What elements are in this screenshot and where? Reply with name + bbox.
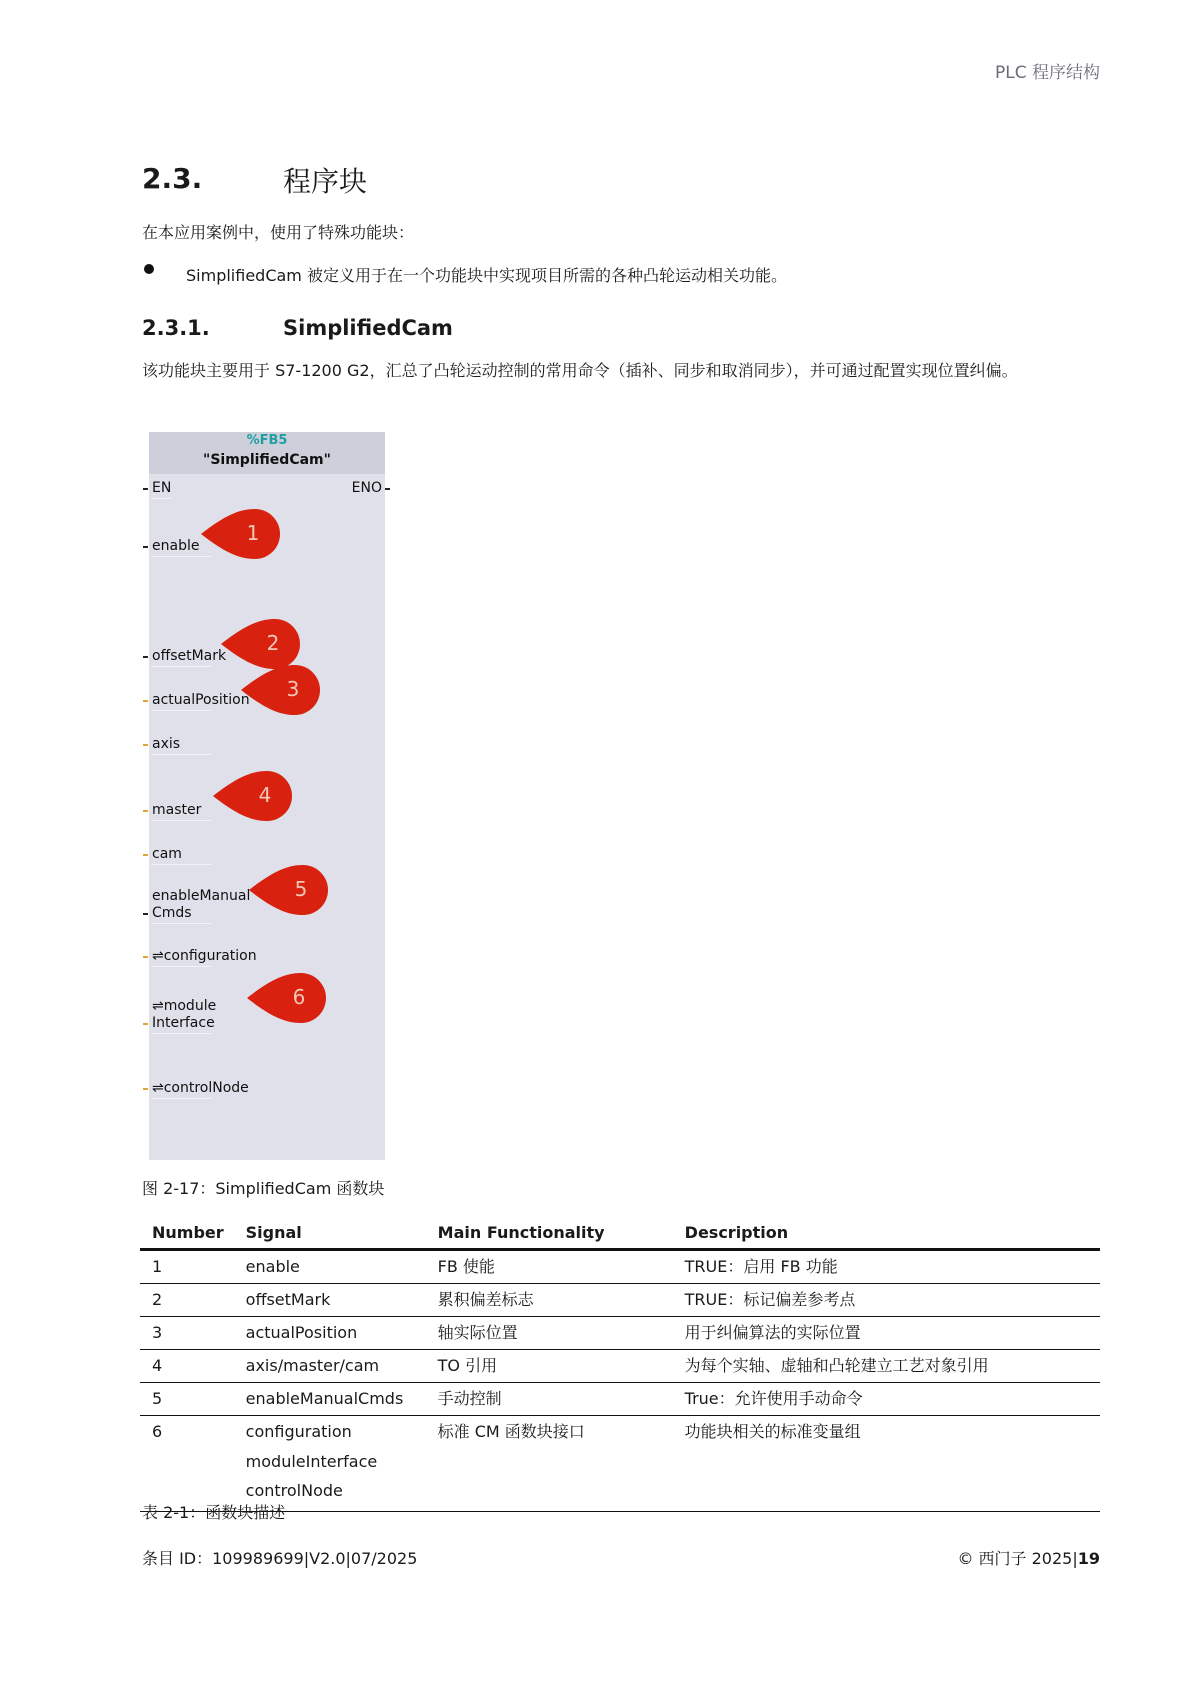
pin-connector [143, 744, 148, 746]
teardrop-marker-icon [247, 864, 329, 916]
cell-description: TRUE：启用 FB 功能 [673, 1250, 1100, 1284]
callout-marker-5: 5 [247, 864, 329, 916]
figure-caption: 图 2-17：SimplifiedCam 函数块 [142, 1176, 384, 1199]
cell-description: True：允许使用手动命令 [673, 1383, 1100, 1416]
pin-label: actualPosition [152, 692, 250, 709]
callout-marker-1: 1 [199, 508, 281, 560]
pin-master: master [152, 802, 201, 819]
pin-underline [151, 754, 211, 755]
pin-connector [143, 1023, 148, 1025]
cell-main-functionality: 轴实际位置 [426, 1317, 673, 1350]
footer-copyright: © 西门子 2025|19 [957, 1546, 1100, 1569]
pin-connector [143, 546, 148, 548]
pin-cam: cam [152, 846, 182, 863]
pin-underline [151, 498, 171, 499]
table-header-row: Number Signal Main Functionality Descrip… [140, 1214, 1100, 1250]
pin-label: Cmds [152, 905, 250, 922]
pin-en: EN [152, 480, 171, 497]
signal-name: configuration [246, 1422, 416, 1447]
copyright-text: © 西门子 2025| [957, 1549, 1077, 1568]
signal-name: offsetMark [246, 1290, 416, 1310]
pin-connector [143, 854, 148, 856]
running-header: PLC 程序结构 [995, 58, 1100, 83]
table-row: 1enableFB 使能TRUE：启用 FB 功能 [140, 1250, 1100, 1284]
cell-number: 6 [140, 1416, 234, 1512]
callout-marker-6: 6 [245, 972, 327, 1024]
header-description: Description [673, 1214, 1100, 1250]
cell-signal: enableManualCmds [234, 1383, 426, 1416]
pin-connector [143, 956, 148, 958]
pin-actualposition: actualPosition [152, 692, 250, 709]
pin-label: ⇌controlNode [152, 1080, 249, 1097]
function-block-name: "SimplifiedCam" [149, 452, 385, 468]
function-block-table: Number Signal Main Functionality Descrip… [140, 1214, 1100, 1512]
pin-underline [151, 864, 211, 865]
callout-number: 6 [287, 985, 311, 1009]
pin-label: axis [152, 736, 180, 753]
pin-connector [143, 810, 148, 812]
function-block-figure: %FB5 "SimplifiedCam" EN ENO enableoffset… [149, 432, 385, 1160]
cell-main-functionality: 累积偏差标志 [426, 1284, 673, 1317]
cell-description: 为每个实轴、虚轴和凸轮建立工艺对象引用 [673, 1350, 1100, 1383]
pin-label: ⇌module [152, 998, 216, 1015]
pin-eno: ENO [352, 480, 382, 497]
pin-connector [143, 700, 148, 702]
table-row: 2offsetMark累积偏差标志TRUE：标记偏差参考点 [140, 1284, 1100, 1317]
teardrop-marker-icon [199, 508, 281, 560]
pin-connector [143, 1088, 148, 1090]
cell-main-functionality: 手动控制 [426, 1383, 673, 1416]
table-row: 5enableManualCmds手动控制True：允许使用手动命令 [140, 1383, 1100, 1416]
cell-number: 3 [140, 1317, 234, 1350]
pin-label: cam [152, 846, 182, 863]
table-caption: 表 2-1：函数块描述 [142, 1500, 285, 1523]
pin-label: master [152, 802, 201, 819]
pin-underline [151, 1033, 211, 1034]
pin-configuration: ⇌configuration [152, 948, 257, 965]
callout-number: 1 [241, 521, 265, 545]
cell-description: TRUE：标记偏差参考点 [673, 1284, 1100, 1317]
pin-enablemanualcmds: enableManualCmds [152, 888, 250, 922]
pin-underline [151, 820, 211, 821]
pin-moduleinterface: ⇌moduleInterface [152, 998, 216, 1032]
cell-signal: actualPosition [234, 1317, 426, 1350]
section-number: 2.3. [142, 162, 202, 195]
subsection-paragraph: 该功能块主要用于 S7-1200 G2，汇总了凸轮运动控制的常用命令（插补、同步… [142, 355, 1092, 386]
cell-number: 5 [140, 1383, 234, 1416]
section-intro: 在本应用案例中，使用了特殊功能块： [142, 220, 414, 243]
function-block-header: %FB5 "SimplifiedCam" [149, 432, 385, 474]
cell-description: 用于纠偏算法的实际位置 [673, 1317, 1100, 1350]
table-row: 6configurationmoduleInterfacecontrolNode… [140, 1416, 1100, 1512]
cell-number: 4 [140, 1350, 234, 1383]
pin-connector [143, 656, 148, 658]
bullet-icon [144, 264, 154, 274]
signal-name: enable [246, 1257, 416, 1277]
pin-offsetmark: offsetMark [152, 648, 226, 665]
pin-en-connector [143, 488, 148, 490]
callout-number: 3 [281, 677, 305, 701]
pin-underline [151, 1098, 211, 1099]
cell-number: 2 [140, 1284, 234, 1317]
cell-signal: offsetMark [234, 1284, 426, 1317]
cell-main-functionality: FB 使能 [426, 1250, 673, 1284]
subsection-number: 2.3.1. [142, 316, 210, 340]
pin-underline [151, 666, 211, 667]
pin-eno-connector [385, 488, 390, 490]
signal-name: enableManualCmds [246, 1389, 416, 1409]
footer-entry-id: 条目 ID：109989699|V2.0|07/2025 [142, 1546, 417, 1569]
cell-description: 功能块相关的标准变量组 [673, 1416, 1100, 1512]
pin-label: offsetMark [152, 648, 226, 665]
signal-name: moduleInterface [246, 1447, 416, 1476]
function-block-id: %FB5 [149, 433, 385, 448]
header-signal: Signal [234, 1214, 426, 1250]
callout-number: 5 [289, 877, 313, 901]
pin-axis: axis [152, 736, 180, 753]
subsection-title: SimplifiedCam [283, 316, 453, 340]
pin-underline [151, 923, 211, 924]
teardrop-marker-icon [245, 972, 327, 1024]
signal-name: axis/master/cam [246, 1356, 416, 1376]
pin-enable: enable [152, 538, 199, 555]
teardrop-marker-icon [219, 618, 301, 670]
teardrop-marker-icon [211, 770, 293, 822]
cell-main-functionality: TO 引用 [426, 1350, 673, 1383]
pin-label: ⇌configuration [152, 948, 257, 965]
header-number: Number [140, 1214, 234, 1250]
signal-name: actualPosition [246, 1323, 416, 1343]
pin-connector [143, 913, 148, 915]
page-number: 19 [1078, 1549, 1100, 1568]
cell-number: 1 [140, 1250, 234, 1284]
pin-underline [151, 710, 211, 711]
callout-number: 4 [253, 783, 277, 807]
callout-number: 2 [261, 631, 285, 655]
pin-label: enable [152, 538, 199, 555]
bullet-item: SimplifiedCam 被定义用于在一个功能块中实现项目所需的各种凸轮运动相… [186, 263, 787, 286]
cell-main-functionality: 标准 CM 函数块接口 [426, 1416, 673, 1512]
header-main-functionality: Main Functionality [426, 1214, 673, 1250]
table-row: 4axis/master/camTO 引用为每个实轴、虚轴和凸轮建立工艺对象引用 [140, 1350, 1100, 1383]
teardrop-marker-icon [239, 664, 321, 716]
pin-controlnode: ⇌controlNode [152, 1080, 249, 1097]
pin-label: enableManual [152, 888, 250, 905]
cell-signal: configurationmoduleInterfacecontrolNode [234, 1416, 426, 1512]
cell-signal: enable [234, 1250, 426, 1284]
callout-marker-3: 3 [239, 664, 321, 716]
callout-marker-4: 4 [211, 770, 293, 822]
table-row: 3actualPosition轴实际位置用于纠偏算法的实际位置 [140, 1317, 1100, 1350]
cell-signal: axis/master/cam [234, 1350, 426, 1383]
callout-marker-2: 2 [219, 618, 301, 670]
pin-underline [151, 966, 211, 967]
section-title: 程序块 [283, 160, 367, 200]
pin-label: Interface [152, 1015, 216, 1032]
